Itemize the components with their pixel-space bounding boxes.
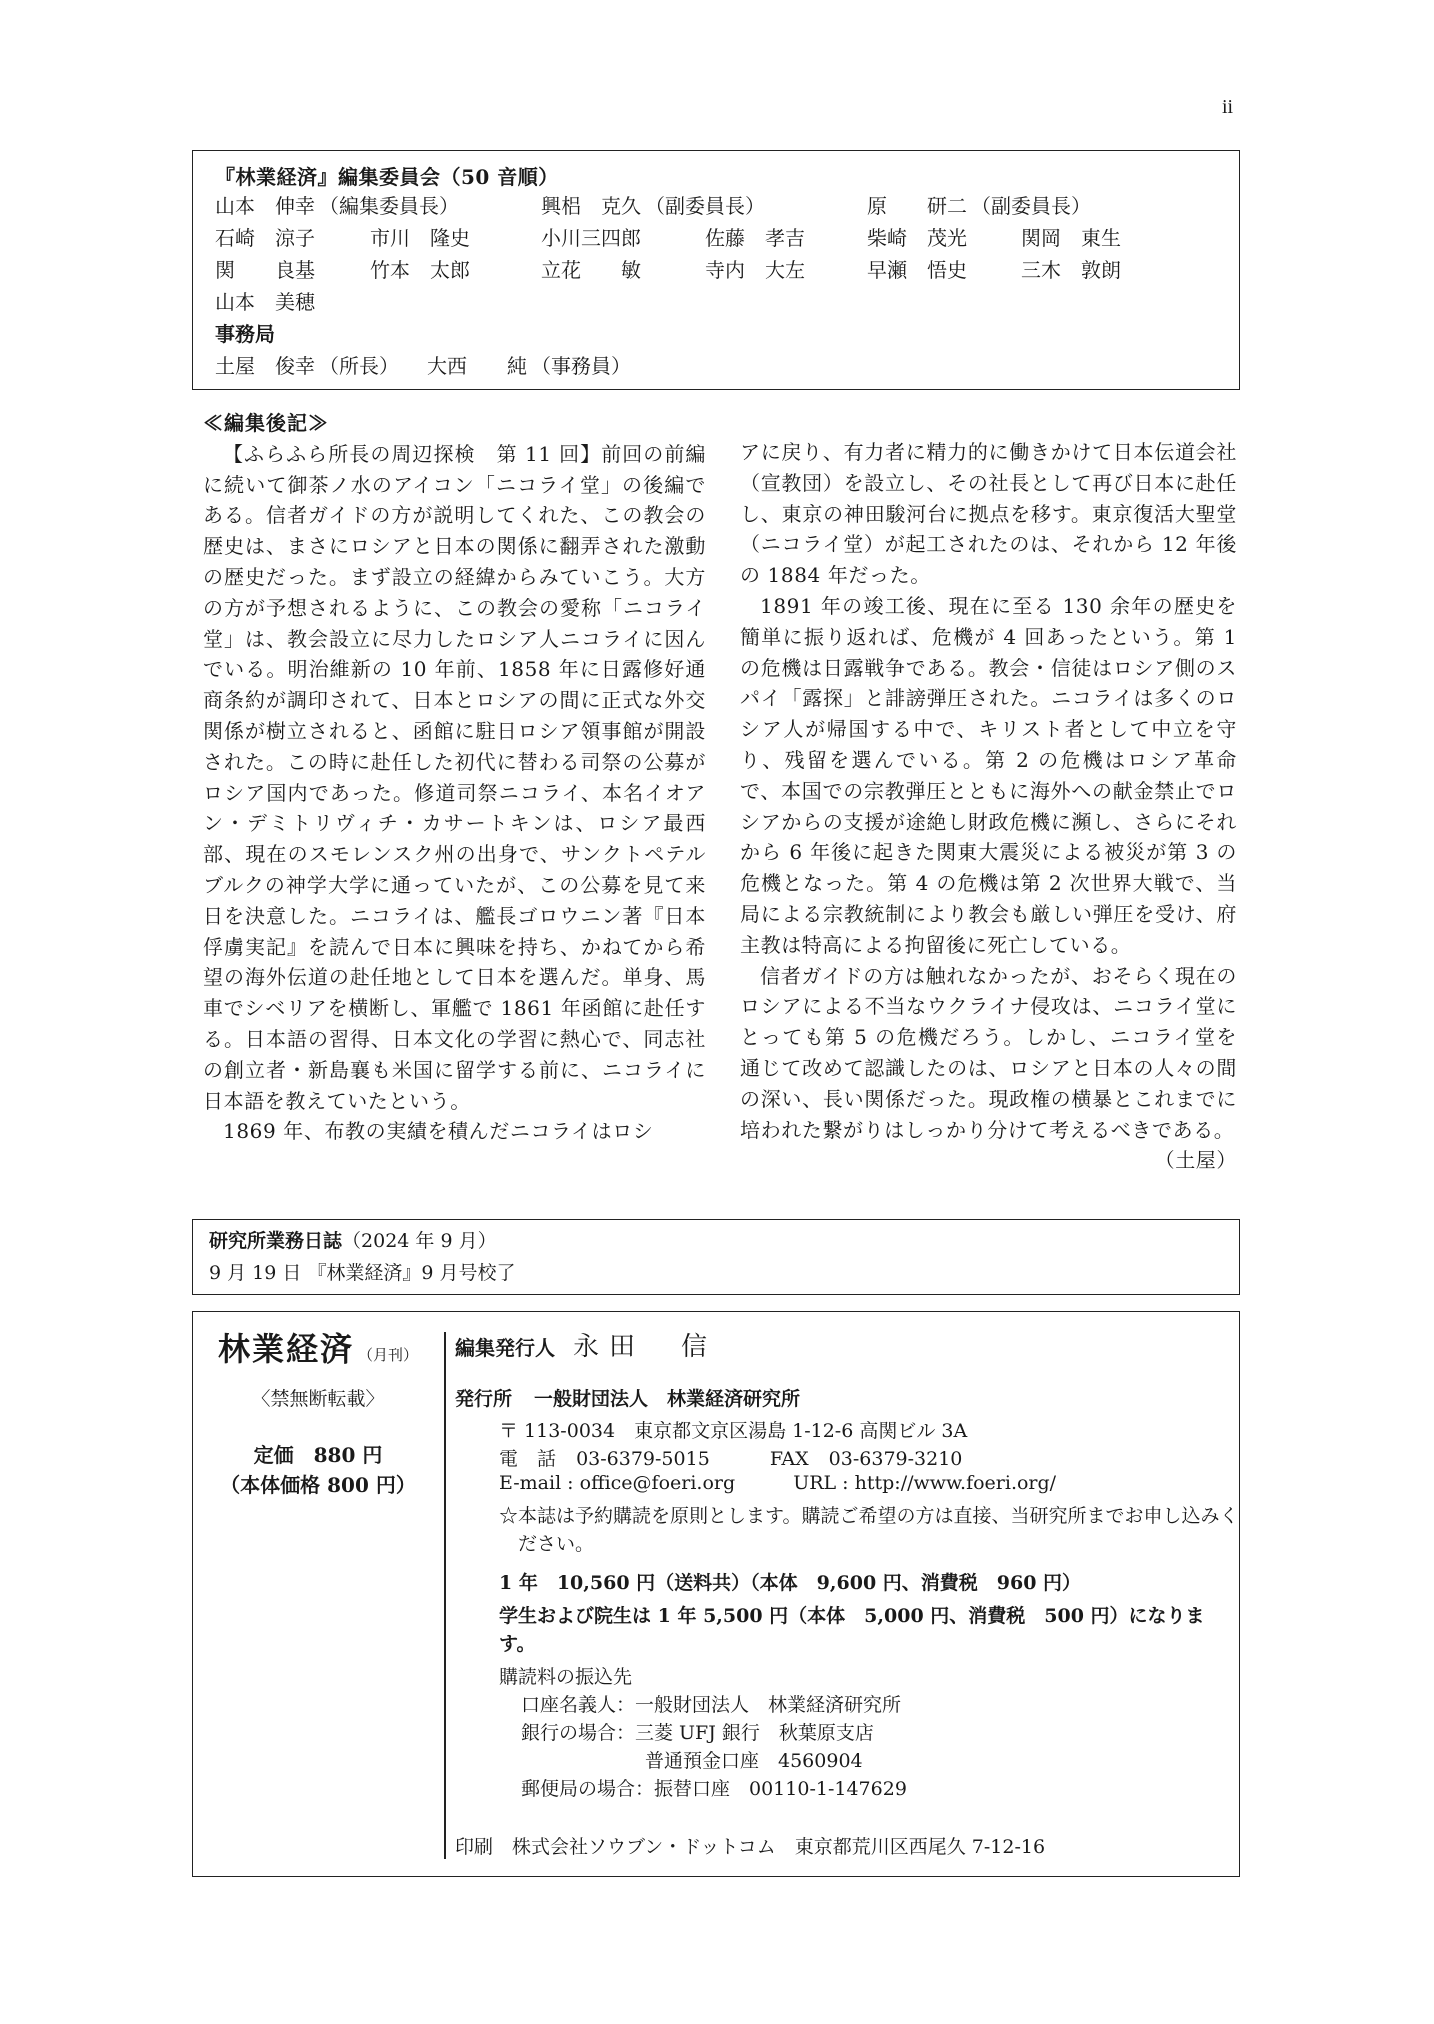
staff-name: 土屋 俊幸 [215,351,315,381]
price-line: 定価 880 円 [193,1440,443,1470]
member-name: 柴崎 茂光 [867,223,967,253]
phone-number: 03-6379-5015 [576,1448,710,1470]
office-label: 事務局 [215,319,275,349]
magazine-title-text: 林業経済 [218,1330,354,1368]
url-link[interactable]: http://www.foeri.org/ [855,1472,1056,1494]
member-role: （副委員長） [645,191,765,221]
member-role: （編集委員長） [319,191,459,221]
url-label: URL : [793,1472,848,1494]
account-holder: 口座名義人：一般財団法人 林業経済研究所 [521,1690,901,1717]
member-name: 早瀬 悟史 [867,255,967,285]
member-name: 原 研二 [867,191,967,221]
price-block: 定価 880 円 （本体価格 800 円） [193,1440,443,1500]
work-log-box: 研究所業務日誌（2024 年 9 月） 9 月 19 日 『林業経済』9 月号校… [192,1219,1240,1295]
member-name: 小川三四郎 [541,223,641,253]
member-name: 山本 美穂 [215,287,315,317]
bank-info: 銀行の場合：三菱 UFJ 銀行 秋葉原支店 [521,1718,874,1745]
editorial-paragraph: 1869 年、布教の実績を積んだニコライはロシ [203,1116,706,1147]
fax-label: FAX [770,1448,809,1470]
editorial-paragraph: アに戻り、有力者に精力的に働きかけて日本伝道会社（宣教団）を設立し、その社長とし… [740,437,1237,591]
phone-fax-line: 電 話 03-6379-5015 FAX 03-6379-3210 [499,1444,962,1471]
printer-info: 印刷 株式会社ソウブン・ドットコム 東京都荒川区西尾久 7-12-16 [455,1832,1045,1859]
publisher-name: 一般財団法人 林業経済研究所 [534,1388,800,1410]
address: 〒 113-0034 東京都文京区湯島 1-12-6 高関ビル 3A [499,1416,967,1443]
editorial-right-column: アに戻り、有力者に精力的に働きかけて日本伝道会社（宣教団）を設立し、その社長とし… [740,437,1237,1176]
editorial-paragraph-final: 信者ガイドの方は触れなかったが、おそらく現在のロシアによる不当なウクライナ侵攻は… [740,961,1237,1146]
member-name: 市川 隆史 [370,223,470,253]
member-name: 関岡 東生 [1021,223,1121,253]
work-log-title: 研究所業務日誌 [209,1230,342,1252]
committee-title: 『林業経済』編集委員会（50 音順） [215,161,559,190]
no-reprint-notice: 〈禁無断転載〉 [193,1384,443,1411]
colophon-box: 林業経済（月刊） 〈禁無断転載〉 定価 880 円 （本体価格 800 円） 編… [192,1311,1240,1877]
member-role: （副委員長） [971,191,1091,221]
staff-name: 大西 純 [427,351,527,381]
student-price: 学生および院生は 1 年 5,500 円（本体 5,000 円、消費税 500 … [499,1602,1221,1658]
member-name: 山本 伸幸 [215,191,315,221]
member-name: 立花 敏 [541,255,641,285]
annual-price: 1 年 10,560 円（送料共）（本体 9,600 円、消費税 960 円） [499,1568,1081,1595]
work-log-header: 研究所業務日誌（2024 年 9 月） [209,1226,497,1253]
staff-role: （所長） [319,351,399,381]
payment-heading: 購読料の振込先 [499,1662,632,1689]
member-name: 竹本 太郎 [370,255,470,285]
work-log-entry: 9 月 19 日 『林業経済』9 月号校了 [209,1258,516,1285]
editorial-paragraph: 1891 年の竣工後、現在に至る 130 余年の歴史を簡単に振り返れば、危機が … [740,591,1237,961]
editorial-paragraph-text: 信者ガイドの方は触れなかったが、おそらく現在のロシアによる不当なウクライナ侵攻は… [740,964,1237,1142]
member-name: 興梠 克久 [541,191,641,221]
editor-line: 編集発行人永田 信 [455,1326,717,1363]
phone-label: 電 話 [499,1448,556,1470]
subscription-note: ☆本誌は予約購読を原則とします。購読ご希望の方は直接、当研究所までお申し込みくだ… [499,1502,1240,1558]
publisher-line: 発行所一般財団法人 林業経済研究所 [455,1384,800,1411]
member-name: 佐藤 孝吉 [705,223,805,253]
member-name: 石崎 涼子 [215,223,315,253]
email-link[interactable]: office@foeri.org [580,1472,736,1494]
member-name: 寺内 大左 [705,255,805,285]
editor-name: 永田 信 [573,1332,717,1362]
editorial-signature: （土屋） [1135,1145,1237,1176]
magazine-frequency: （月刊） [358,1346,418,1364]
editorial-paragraph: 【ふらふら所長の周辺探検 第 11 回】前回の前編に続いて御茶ノ水のアイコン「ニ… [203,439,706,1117]
email-label: E-mail : [499,1472,574,1494]
fax-number: 03-6379-3210 [829,1448,963,1470]
postal-account: 郵便局の場合：振替口座 00110-1-147629 [521,1774,907,1801]
work-log-period: （2024 年 9 月） [342,1230,497,1252]
contact-line: E-mail : office@foeri.org URL : http://w… [499,1472,1056,1494]
member-name: 三木 敦朗 [1021,255,1121,285]
bank-account: 普通預金口座 4560904 [645,1746,863,1773]
editor-label: 編集発行人 [455,1336,555,1360]
column-divider [444,1332,446,1859]
publisher-label: 発行所 [455,1388,512,1410]
staff-role: （事務員） [531,351,631,381]
member-name: 関 良基 [215,255,315,285]
price-base: （本体価格 800 円） [193,1470,443,1500]
editorial-committee-box: 『林業経済』編集委員会（50 音順） 山本 伸幸 （編集委員長） 興梠 克久 （… [192,150,1240,390]
editorial-heading: ≪編集後記≫ [203,408,706,439]
editorial-left-column: ≪編集後記≫ 【ふらふら所長の周辺探検 第 11 回】前回の前編に続いて御茶ノ水… [203,408,706,1147]
magazine-title: 林業経済（月刊） [218,1324,418,1370]
page-number: ii [1222,96,1233,119]
